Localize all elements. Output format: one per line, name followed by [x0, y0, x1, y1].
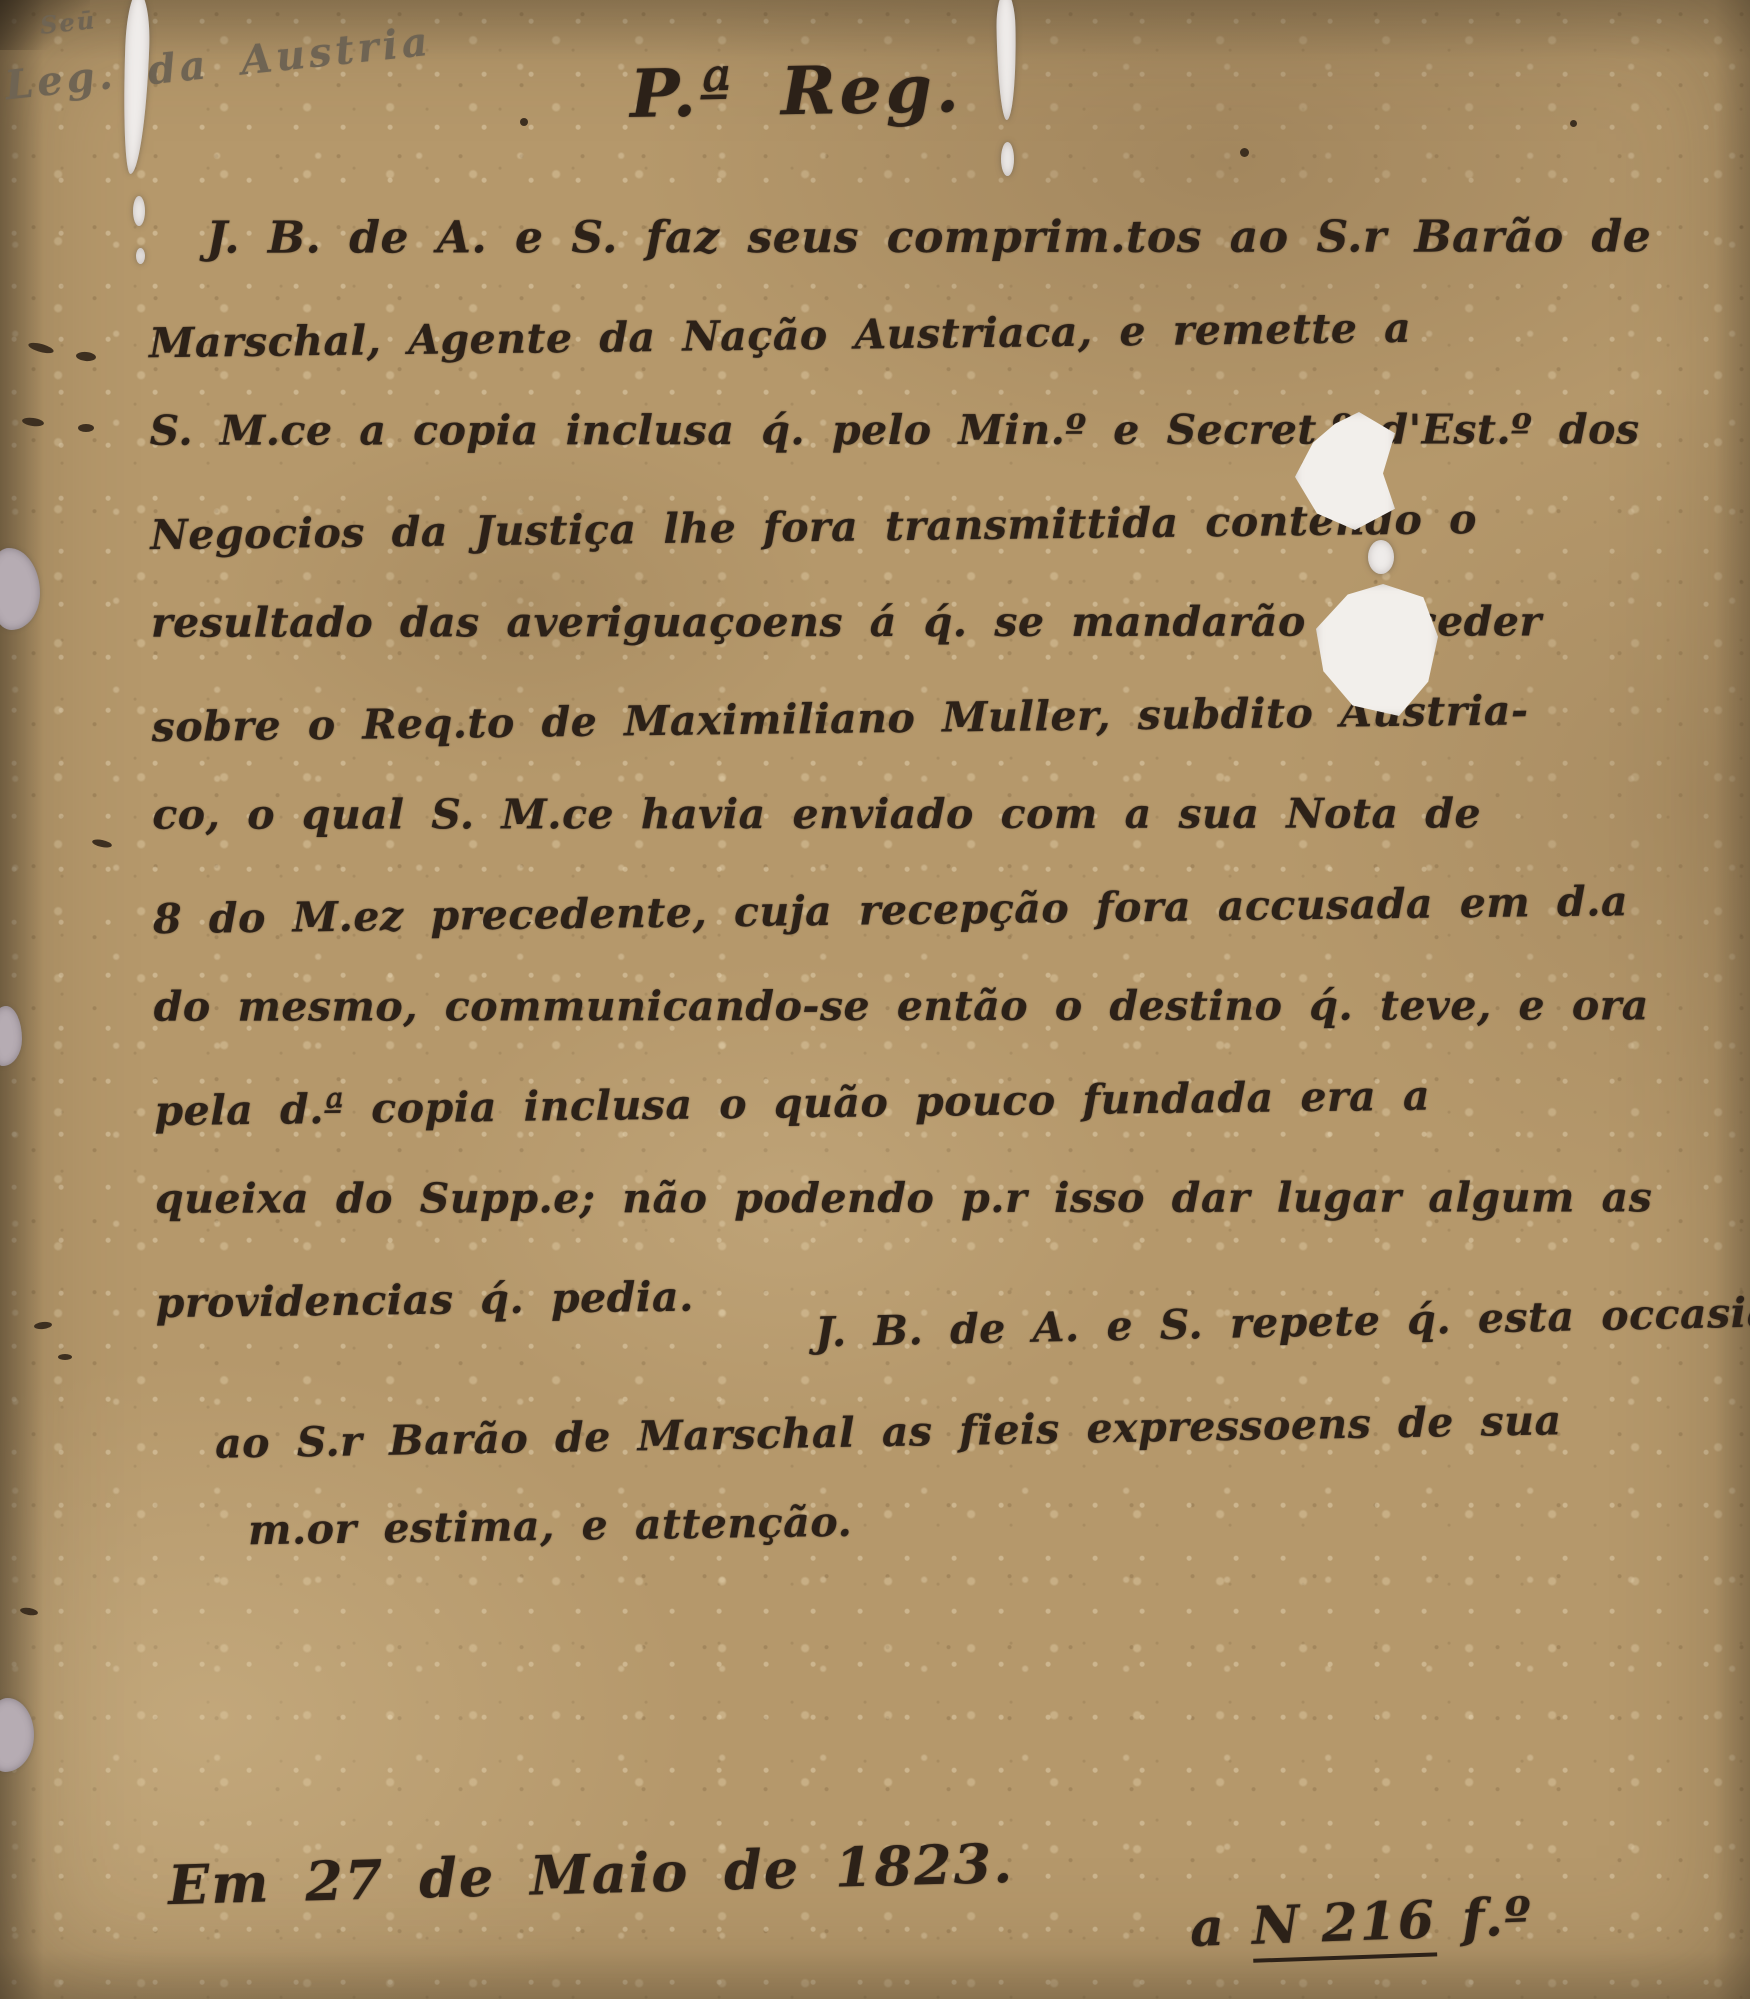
- ink-speck: [1240, 148, 1249, 157]
- folio-suffix: f.º: [1461, 1886, 1534, 1949]
- folio-annotation: a N 216 f.º: [1189, 1886, 1534, 1959]
- manuscript-line: sobre o Req.to de Maximiliano Muller, su…: [151, 661, 1655, 775]
- ink-speck: [58, 1354, 72, 1360]
- manuscript-line: pela d.ª copia inclusa o quão pouco fund…: [154, 1045, 1658, 1159]
- paper-tear: [1368, 540, 1394, 574]
- manuscript-line: co, o qual S. M.ce havia enviado com a s…: [152, 765, 1655, 862]
- paper-tear: [136, 248, 145, 264]
- closing-line: m.or estima, e attenção.: [248, 1498, 853, 1554]
- pencil-annotation-small: Seū: [39, 5, 98, 40]
- letter-heading: P.ª Reg.: [629, 49, 963, 133]
- paper-tear: [1001, 142, 1014, 176]
- manuscript-line: 8 do M.ez precedente, cuja recepção fora…: [152, 853, 1656, 967]
- ink-speck: [1570, 120, 1577, 127]
- manuscript-line: Negocios da Justiça lhe fora transmittid…: [150, 469, 1654, 583]
- manuscript-line: J. B. de A. e S. faz seus comprim.tos ao…: [148, 189, 1651, 286]
- manuscript-line: Marschal, Agente da Nação Austriaca, e r…: [148, 277, 1652, 391]
- folio-number: N 216: [1251, 1889, 1437, 1962]
- ink-speck: [78, 424, 94, 432]
- letter-body: J. B. de A. e S. faz seus comprim.tos ao…: [148, 185, 1659, 1347]
- manuscript-page: Seū Leg. da Austria P.ª Reg. J. B. de A.…: [0, 0, 1750, 1999]
- ink-speck: [520, 118, 528, 126]
- paper-tear: [133, 196, 145, 226]
- manuscript-line: queixa do Supp.e; não podendo p.r isso d…: [155, 1149, 1658, 1246]
- folio-prefix: a: [1189, 1897, 1227, 1959]
- manuscript-line: S. M.ce a copia inclusa q́. pelo Min.º e…: [150, 381, 1653, 478]
- manuscript-line: do mesmo, communicando-se então o destin…: [154, 957, 1657, 1054]
